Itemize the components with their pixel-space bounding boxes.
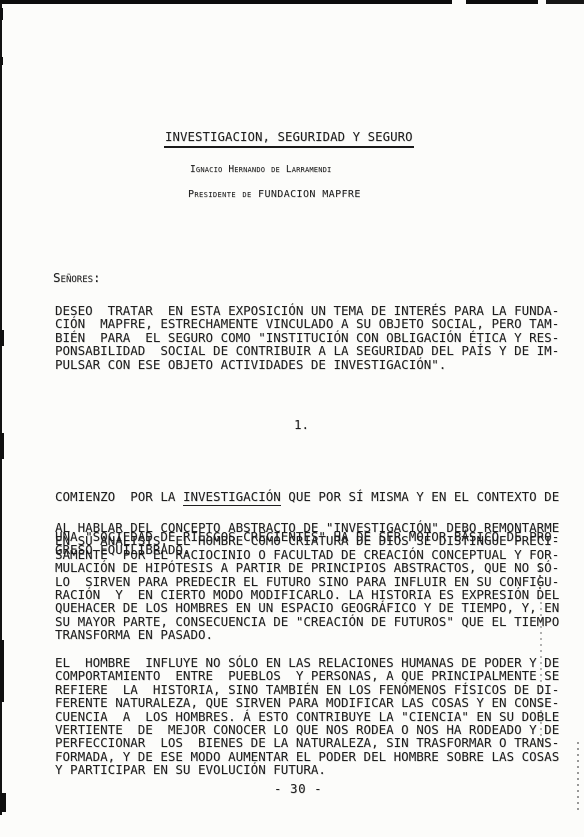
text-line: CIÓN MAPFRE, ESTRECHAMENTE VINCULADO A S… (55, 317, 559, 330)
section-number: 1. (294, 417, 309, 432)
line-suffix: QUE POR SÍ MISMA Y EN EL CONTEXTO DE (281, 489, 559, 504)
scan-artifact (0, 433, 4, 459)
scan-artifact (0, 330, 4, 346)
text-line: EL HOMBRE INFLUYE NO SÓLO EN LAS RELACIO… (55, 656, 559, 669)
line-prefix: COMIENZO POR LA (55, 489, 183, 504)
scan-artifact (0, 8, 3, 20)
page-number: - 30 - (274, 781, 322, 796)
text-line: SU MAYOR PARTE, CONSECUENCIA DE "CREACIÓ… (55, 615, 559, 628)
scanned-document-page: INVESTIGACION, SEGURIDAD Y SEGURO Ignaci… (0, 0, 584, 837)
paragraph-3: AL HABLAR DEL CONCEPTO ABSTRACTO DE "INV… (55, 521, 559, 642)
text-line: TRANSFORMA EN PASADO. (55, 628, 559, 641)
scan-artifact-dots (577, 742, 579, 814)
scan-artifact (0, 793, 6, 812)
text-line: PULSAR CON ESE OBJETO ACTIVIDADES DE INV… (55, 358, 559, 371)
scan-artifact (0, 640, 4, 702)
text-line: SAMENTE POR EL RACIOCINIO O FACULTAD DE … (55, 548, 559, 561)
text-line: PONSABILIDAD SOCIAL DE CONTRIBUIR A LA S… (55, 344, 559, 357)
text-line: BIÉN PARA EL SEGURO COMO "INSTITUCIÓN CO… (55, 331, 559, 344)
text-line: RACIÓN Y EN CIERTO MODO MODIFICARLO. LA … (55, 588, 559, 601)
document-title-text: INVESTIGACION, SEGURIDAD Y SEGURO (164, 130, 414, 148)
text-line: PERFECCIONAR LOS BIENES DE LA NATURALEZA… (55, 736, 559, 749)
salutation: Señores: (53, 270, 101, 285)
text-line: QUEHACER DE LOS HOMBRES EN UN ESPACIO GE… (55, 601, 559, 614)
text-line: CUENCIA A LOS HOMBRES. Á ESTO CONTRIBUYE… (55, 710, 559, 723)
text-line: COMIENZO POR LA INVESTIGACIÓN QUE POR SÍ… (55, 490, 559, 503)
scan-edge-top (0, 0, 584, 4)
document-title: INVESTIGACION, SEGURIDAD Y SEGURO (164, 126, 414, 148)
text-line: DESEO TRATAR EN ESTA EXPOSICIÓN UN TEMA … (55, 304, 559, 317)
text-line: MULACIÓN DE HIPÓTESIS A PARTIR DE PRINCI… (55, 561, 559, 574)
text-line: EN SU ANÁLISIS. EL HOMBRE COMO CRIATURA … (55, 534, 559, 547)
scan-artifact (0, 57, 3, 65)
paragraph-1: DESEO TRATAR EN ESTA EXPOSICIÓN UN TEMA … (55, 304, 559, 371)
text-line: Y PARTICIPAR EN SU EVOLUCIÓN FUTURA. (55, 763, 559, 776)
underlined-word: INVESTIGACIÓN (183, 489, 281, 506)
text-line: VERTIENTE DE MEJOR CONOCER LO QUE NOS RO… (55, 723, 559, 736)
text-line: LO SIRVEN PARA PREDECIR EL FUTURO SINO P… (55, 575, 559, 588)
text-line: COMPORTAMIENTO ENTRE PUEBLOS Y PERSONAS,… (55, 669, 559, 682)
text-line: FORMADA, Y DE ESE MODO AUMENTAR EL PODER… (55, 750, 559, 763)
text-line: AL HABLAR DEL CONCEPTO ABSTRACTO DE "INV… (55, 521, 559, 534)
author-role: Presidente de FUNDACION MAPFRE (188, 189, 361, 200)
author-name: Ignacio Hernando de Larramendi (190, 164, 331, 175)
text-line: REFIERE LA HISTORIA, SINO TAMBIÉN EN LOS… (55, 683, 559, 696)
paragraph-4: EL HOMBRE INFLUYE NO SÓLO EN LAS RELACIO… (55, 656, 559, 777)
text-line: FERENTE NATURALEZA, QUE SIRVEN PARA MODI… (55, 696, 559, 709)
